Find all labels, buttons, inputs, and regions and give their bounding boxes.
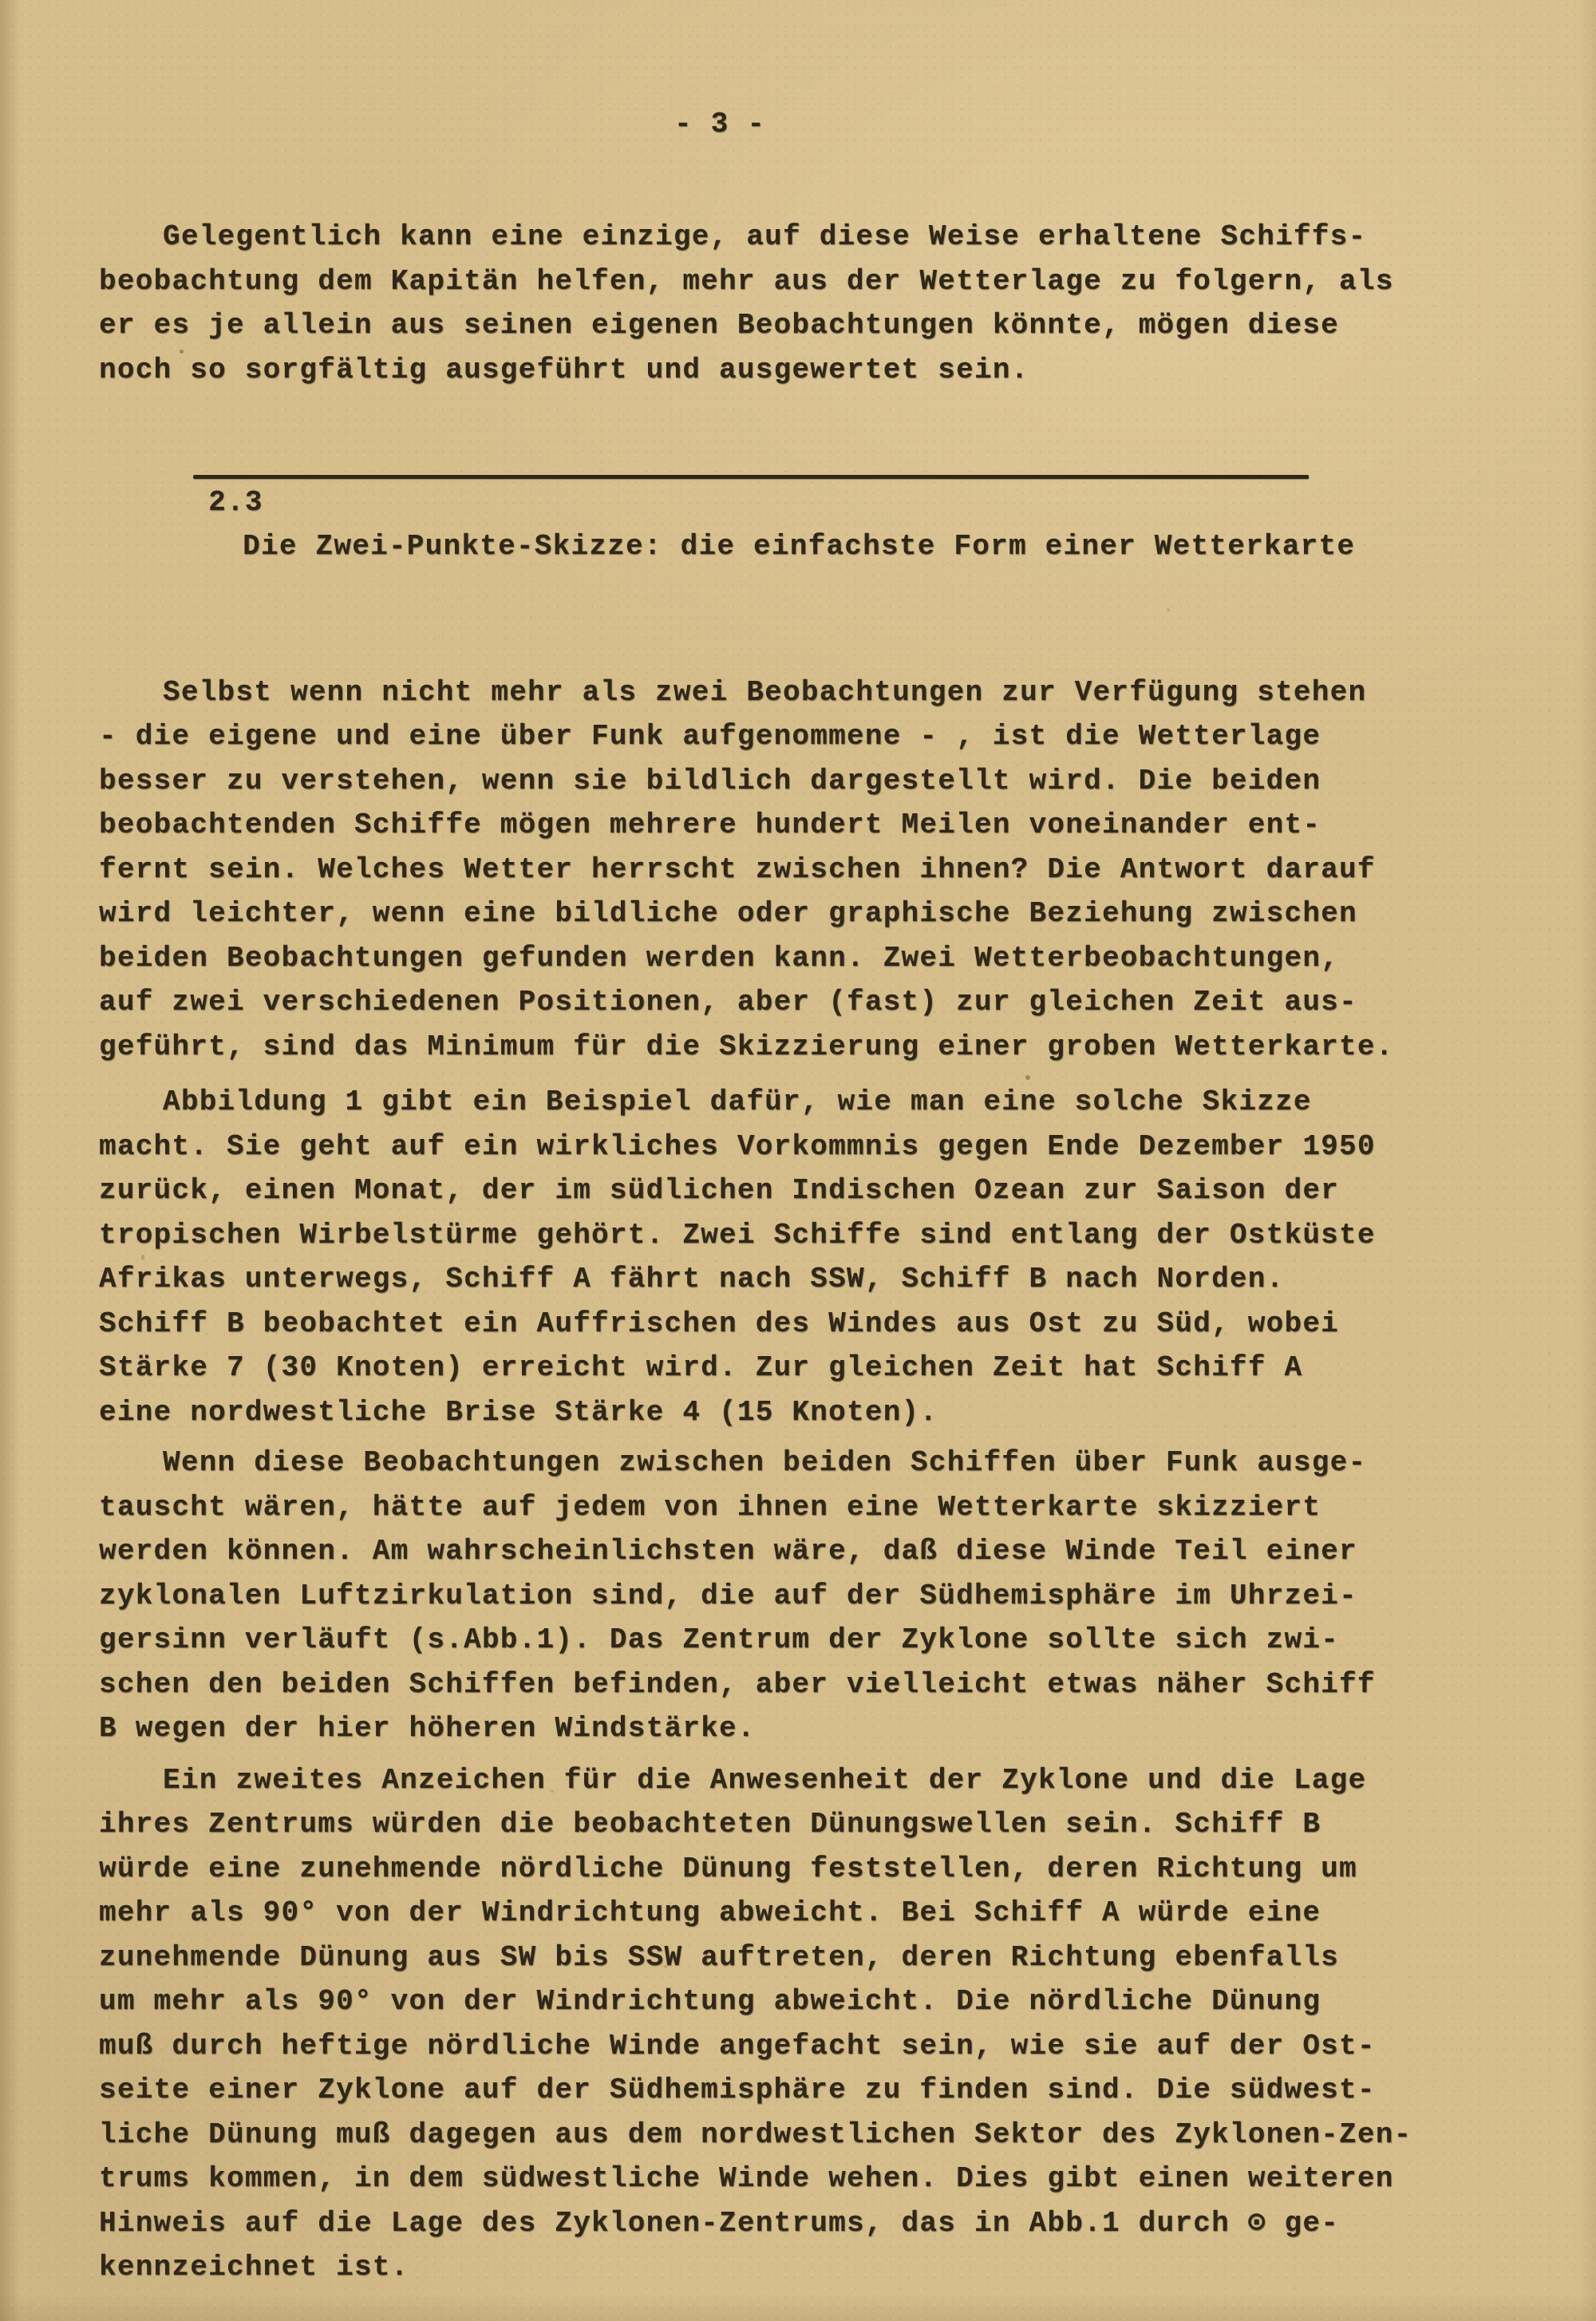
text-line: geführt, sind das Minimum für die Skizzi… <box>99 1025 1472 1070</box>
text-line: beobachtenden Schiffe mögen mehrere hund… <box>99 803 1472 848</box>
text-line: eine nordwestliche Brise Stärke 4 (15 Kn… <box>99 1390 1472 1435</box>
text-line: macht. Sie geht auf ein wirkliches Vorko… <box>99 1125 1472 1169</box>
text-line: Wenn diese Beobachtungen zwischen beiden… <box>99 1441 1472 1485</box>
paragraph: Wenn diese Beobachtungen zwischen beiden… <box>99 1441 1472 1751</box>
paragraph: Selbst wenn nicht mehr als zwei Beobacht… <box>99 670 1472 1070</box>
text-line: zurück, einen Monat, der im südlichen In… <box>99 1168 1472 1213</box>
text-line: liche Dünung muß dagegen aus dem nordwes… <box>99 2113 1472 2157</box>
text-line: ihres Zentrums würden die beobachteten D… <box>99 1802 1472 1847</box>
text-line: wird leichter, wenn eine bildliche oder … <box>99 892 1472 936</box>
heading-underline <box>193 475 1309 479</box>
text-line: besser zu verstehen, wenn sie bildlich d… <box>99 759 1472 804</box>
document-page: - 3 - Gelegentlich kann eine einzige, au… <box>0 0 1596 2321</box>
text-line: Ein zweites Anzeichen für die Anwesenhei… <box>99 1758 1472 1803</box>
text-line: tropischen Wirbelstürme gehört. Zwei Sch… <box>99 1213 1472 1258</box>
text-line: schen den beiden Schiffen befinden, aber… <box>99 1663 1472 1707</box>
text-line: Schiff B beobachtet ein Auffrischen des … <box>99 1302 1472 1346</box>
text-line: beiden Beobachtungen gefunden werden kan… <box>99 936 1472 981</box>
text-line: würde eine zunehmende nördliche Dünung f… <box>99 1847 1472 1892</box>
text-line: um mehr als 90° von der Windrichtung abw… <box>99 1979 1472 2024</box>
paragraph: Ein zweites Anzeichen für die Anwesenhei… <box>99 1758 1472 2290</box>
paragraph: Abbildung 1 gibt ein Beispiel dafür, wie… <box>99 1080 1472 1434</box>
text-line: B wegen der hier höheren Windstärke. <box>99 1706 1472 1751</box>
text-line: kennzeichnet ist. <box>99 2245 1472 2290</box>
text-line: Abbildung 1 gibt ein Beispiel dafür, wie… <box>99 1080 1472 1125</box>
text-line: er es je allein aus seinen eigenen Beoba… <box>99 303 1472 348</box>
text-line: muß durch heftige nördliche Winde angefa… <box>99 2024 1472 2069</box>
text-line: Afrikas unterwegs, Schiff A fährt nach S… <box>99 1257 1472 1302</box>
text-line: beobachtung dem Kapitän helfen, mehr aus… <box>99 259 1472 304</box>
text-line: gersinn verläuft (s.Abb.1). Das Zentrum … <box>99 1618 1472 1663</box>
paragraph: Gelegentlich kann eine einzige, auf dies… <box>99 215 1472 392</box>
text-line: trums kommen, in dem südwestliche Winde … <box>99 2157 1472 2201</box>
page-number: - 3 - <box>674 102 765 147</box>
text-line: Gelegentlich kann eine einzige, auf dies… <box>99 215 1472 259</box>
text-line: zunehmende Dünung aus SW bis SSW auftret… <box>99 1935 1472 1980</box>
text-line: mehr als 90° von der Windrichtung abweic… <box>99 1891 1472 1935</box>
text-line: - die eigene und eine über Funk aufgenom… <box>99 714 1472 759</box>
text-line: fernt sein. Welches Wetter herrscht zwis… <box>99 848 1472 892</box>
text-line: seite einer Zyklone auf der Südhemisphär… <box>99 2068 1472 2113</box>
text-line: noch so sorgfältig ausgeführt und ausgew… <box>99 348 1472 393</box>
text-line: auf zwei verschiedenen Positionen, aber … <box>99 980 1472 1025</box>
text-block: Gelegentlich kann eine einzige, auf dies… <box>99 215 1472 2290</box>
text-line: tauscht wären, hätte auf jedem von ihnen… <box>99 1485 1472 1530</box>
section-number: 2.3 <box>208 480 263 525</box>
section-title: Die Zwei-Punkte-Skizze: die einfachste F… <box>243 524 1355 569</box>
section-heading: 2.3 Die Zwei-Punkte-Skizze: die einfachs… <box>99 436 1472 658</box>
text-line: werden können. Am wahrscheinlichsten wär… <box>99 1529 1472 1574</box>
text-line: Selbst wenn nicht mehr als zwei Beobacht… <box>99 670 1472 715</box>
text-line: Stärke 7 (30 Knoten) erreicht wird. Zur … <box>99 1346 1472 1390</box>
text-line: Hinweis auf die Lage des Zyklonen-Zentru… <box>99 2201 1472 2246</box>
text-line: zyklonalen Luftzirkulation sind, die auf… <box>99 1574 1472 1619</box>
